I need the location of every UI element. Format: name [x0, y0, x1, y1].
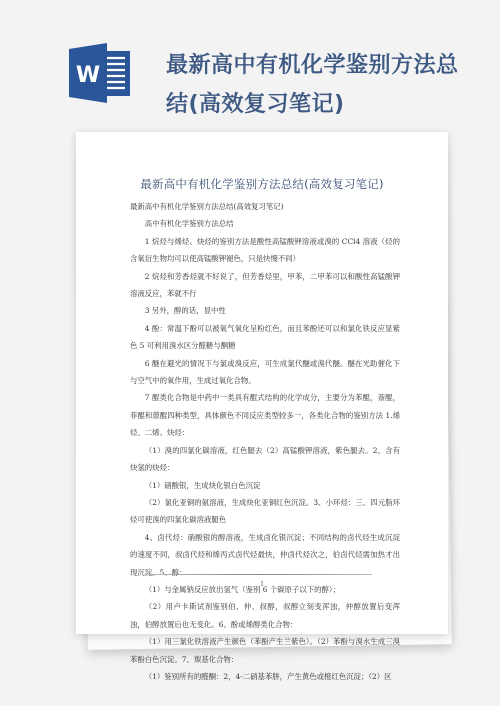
header: W 最新高中有机化学鉴别方法总结(高效复习笔记)	[0, 0, 500, 120]
paragraph: （2）氯化亚铜的氨溶液，生成炔化亚铜红色沉淀。3、小环烃：三、四元脂环烃可使溴的…	[130, 494, 400, 529]
paragraph: 4 酚：常温下酚可以被氧气氧化呈粉红色，而且苯酚还可以和氯化铁反应显紫色 5 可…	[130, 320, 400, 355]
paragraph: 7 醌类化合物是中药中一类具有醌式结构的化学成分，主要分为苯醌，萘醌，菲醌和蒽醌…	[130, 389, 400, 441]
paragraph: 2 烷烃和芳香烃就不好说了，但芳香烃里，甲苯，二甲苯可以和酸性高锰酸钾溶液反应，…	[130, 268, 400, 303]
paragraph: 3 另外，醇的话，显中性	[130, 302, 400, 319]
paragraph: 高中有机化学鉴别方法总结	[130, 215, 400, 232]
footer-divider	[146, 574, 372, 575]
paragraph: （1）用三氯化铁溶液产生颜色（苯酚产生兰紫色）。（2）苯酚与溴水生成三溴苯酚白色…	[130, 633, 400, 668]
document-body: 最新高中有机化学鉴别方法总结(高效复习笔记) 高中有机化学鉴别方法总结 1 烷烃…	[130, 198, 400, 685]
paragraph: （1）鉴别所有的醛酮：2，4-二硝基苯肼，产生黄色或橙红色沉淀；（2）区	[130, 668, 400, 685]
header-title: 最新高中有机化学鉴别方法总结(高效复习笔记)	[166, 46, 466, 124]
paragraph: 最新高中有机化学鉴别方法总结(高效复习笔记)	[130, 198, 400, 215]
paragraph: （1）溴的四氯化碳溶液，红色腿去（2）高锰酸钾溶液，紫色腿去。2、含有炔氢的炔烃…	[130, 442, 400, 477]
document-page: 最新高中有机化学鉴别方法总结(高效复习笔记) 最新高中有机化学鉴别方法总结(高效…	[76, 132, 448, 634]
word-document-icon: W	[69, 43, 133, 103]
paragraph: 1 烷烃与烯烃、炔烃的鉴别方法是酸性高锰酸钾溶液或溴的 CCl4 溶液（烃的含氧…	[130, 233, 400, 268]
paragraph: 6 醚在避光的情况下与氯或溴反应，可生成氯代醚或溴代醚。醚在光助催化下与空气中的…	[130, 355, 400, 390]
word-icon-letter: W	[76, 63, 100, 88]
document-title: 最新高中有机化学鉴别方法总结(高效复习笔记)	[76, 176, 448, 192]
paragraph: （2）用卢卡斯试剂鉴别伯、仲、叔醇，叔醇立刻变浑浊，仲醇放置后变浑浊，伯醇放置后…	[130, 598, 400, 633]
paragraph: （1）硝酸银，生成炔化银白色沉淀	[130, 477, 400, 494]
page-number: 1	[76, 581, 448, 588]
